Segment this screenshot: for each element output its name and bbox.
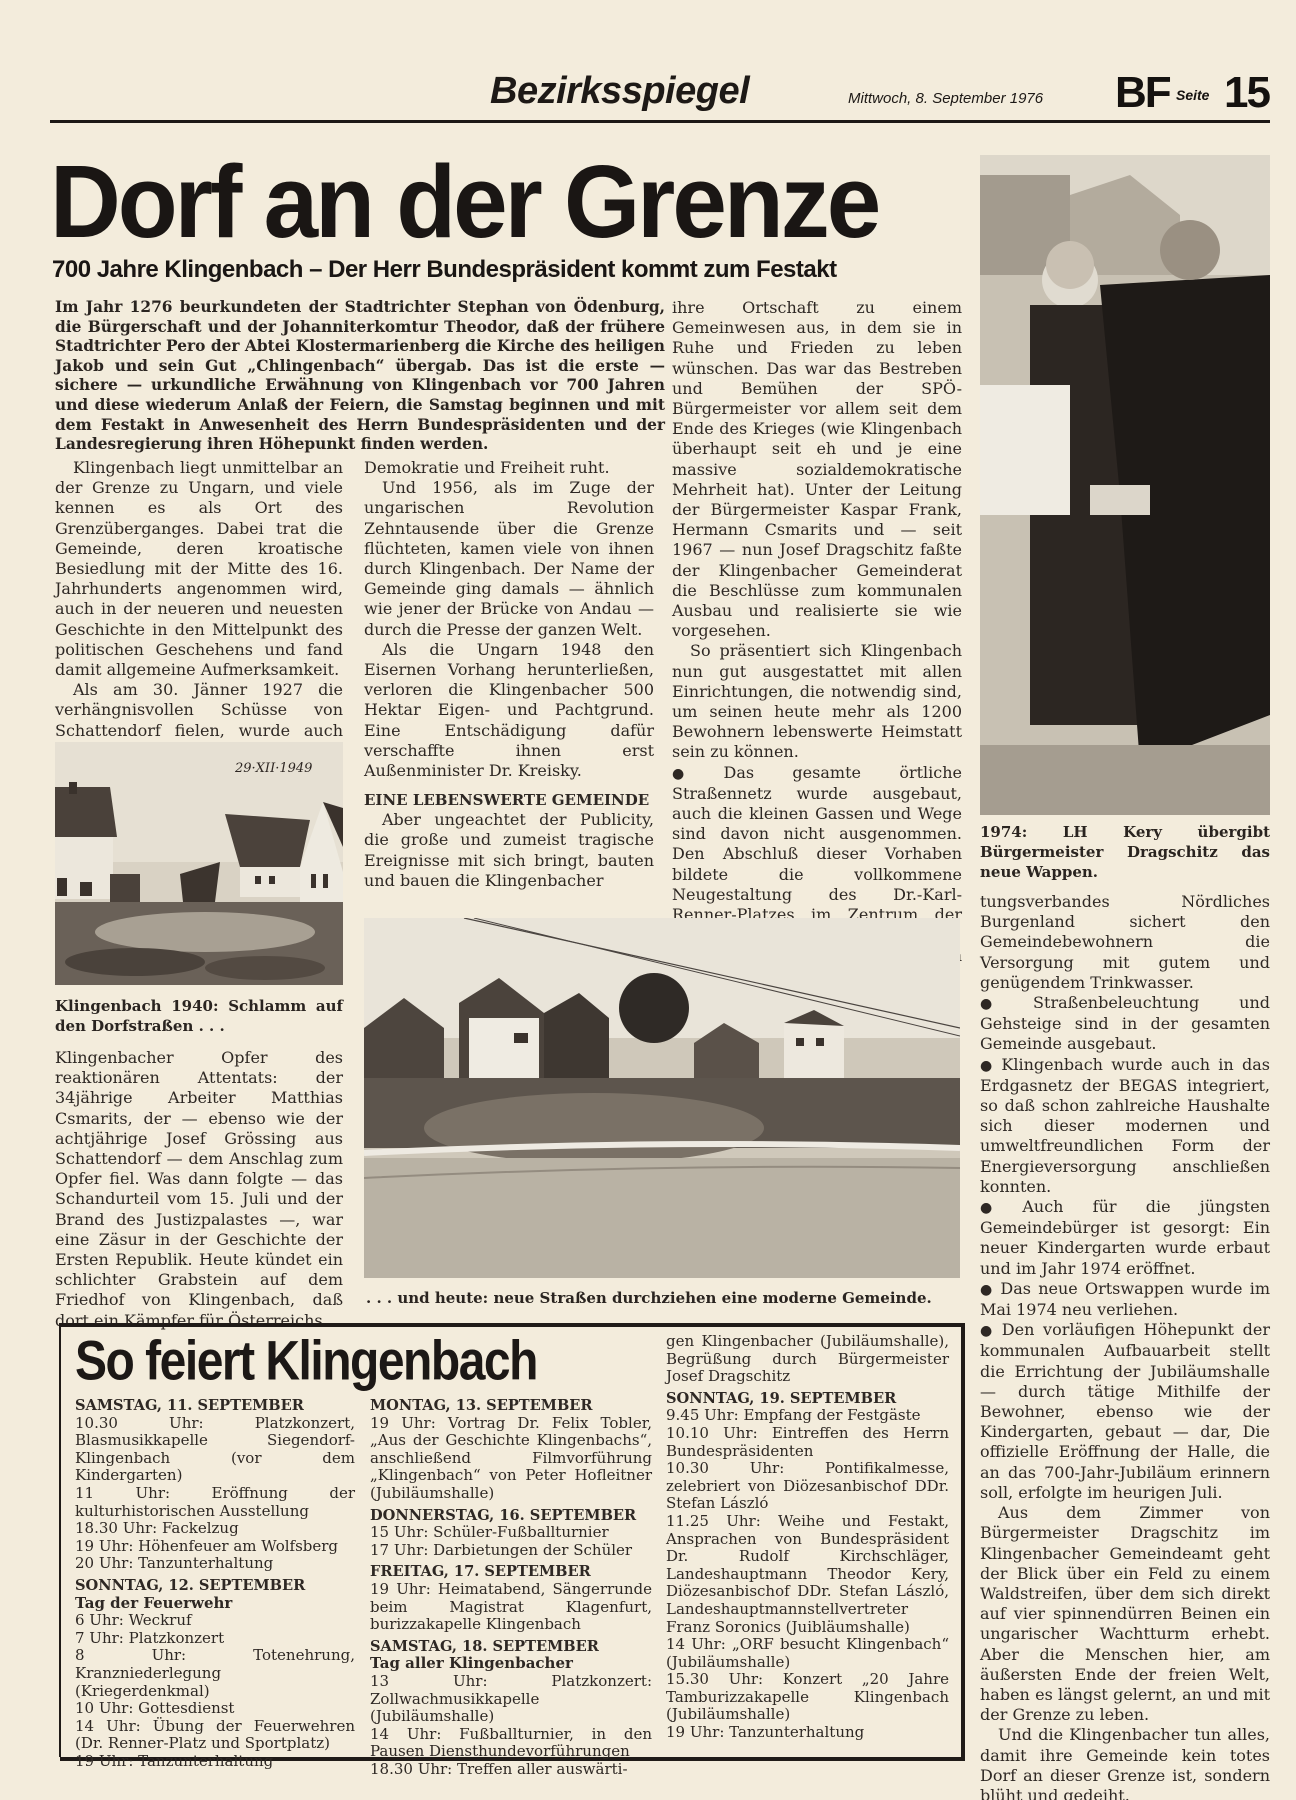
program-event: 10.30 Uhr: Platzkonzert, Blasmusikkapell… <box>75 1415 355 1485</box>
paragraph: tungsverbandes Nördliches Burgenland sic… <box>980 892 1270 993</box>
photo-caption-today: . . . und heute: neue Straßen durchziehe… <box>366 1288 966 1308</box>
program-event: 10.10 Uhr: Eintreffen des Herrn Bundespr… <box>666 1425 949 1460</box>
program-event: 19 Uhr: Tanzunterhaltung <box>75 1753 355 1771</box>
program-day-heading: DONNERSTAG, 16. SEPTEMBER <box>370 1507 652 1525</box>
paragraph: Aus dem Zimmer von Bürgermeister Dragsch… <box>980 1503 1270 1725</box>
photo-ceremony-1974 <box>980 155 1270 815</box>
program-day-heading: SONNTAG, 19. SEPTEMBER <box>666 1390 949 1408</box>
bullet-paragraph: Den vorläufigen Höhepunkt der kommunalen… <box>980 1320 1270 1503</box>
program-event: 17 Uhr: Darbietungen der Schüler <box>370 1542 652 1560</box>
old-village-image: 29·XII·1949 <box>55 742 343 985</box>
modern-village-image <box>364 918 960 1278</box>
paragraph: So präsentiert sich Klingenbach nun gut … <box>672 641 962 762</box>
article-column-4: tungsverbandes Nördliches Burgenland sic… <box>980 892 1270 1800</box>
bullet-paragraph: Straßenbeleuchtung und Gehsteige sind in… <box>980 993 1270 1055</box>
program-column-3: gen Klingenbacher (Jubiläumshalle), Begr… <box>666 1333 949 1742</box>
program-day-heading: FREITAG, 17. SEPTEMBER <box>370 1563 652 1581</box>
paragraph: Als die Ungarn 1948 den Eisernen Vorhang… <box>364 640 654 781</box>
program-event: 11.25 Uhr: Weihe und Festakt, Ansprachen… <box>666 1513 949 1636</box>
program-event: 18.30 Uhr: Fackelzug <box>75 1520 355 1538</box>
program-event: 18.30 Uhr: Treffen aller auswärti- <box>370 1761 652 1779</box>
program-event: 19 Uhr: Tanzunterhaltung <box>666 1724 949 1742</box>
program-day-heading: SAMSTAG, 11. SEPTEMBER <box>75 1397 355 1415</box>
svg-text:29·XII·1949: 29·XII·1949 <box>234 761 312 776</box>
article-column-1: Klingenbach liegt unmittelbar an der Gre… <box>55 458 343 761</box>
program-event: 19 Uhr: Höhenfeuer am Wolfsberg <box>75 1538 355 1556</box>
program-day-heading: SONNTAG, 12. SEPTEMBER <box>75 1577 355 1595</box>
program-event: 20 Uhr: Tanzunterhaltung <box>75 1555 355 1573</box>
program-day-heading: SAMSTAG, 18. SEPTEMBER <box>370 1638 652 1656</box>
page-number: 15 <box>1224 68 1269 118</box>
ceremony-image <box>980 155 1270 815</box>
paper-logo: BF <box>1115 68 1170 118</box>
photo-klingenbach-1940: 29·XII·1949 <box>55 742 343 985</box>
article-column-1-continued: Klingenbacher Opfer des reaktionären Att… <box>55 1048 343 1331</box>
program-event: 19 Uhr: Heimatabend, Sängerrunde beim Ma… <box>370 1581 652 1634</box>
page-label: Seite <box>1176 87 1209 103</box>
program-event: 11 Uhr: Eröffnung der kulturhistorischen… <box>75 1485 355 1520</box>
program-day-theme: Tag der Feuerwehr <box>75 1595 355 1613</box>
program-event: 10.30 Uhr: Pontifikalmesse, zelebriert v… <box>666 1460 949 1513</box>
program-box-left-border <box>59 1323 61 1757</box>
program-column-2: MONTAG, 13. SEPTEMBER19 Uhr: Vortrag Dr.… <box>370 1393 652 1778</box>
section-title: Bezirksspiegel <box>490 70 749 113</box>
article-subheadline: 700 Jahre Klingenbach – Der Herr Bundesp… <box>52 256 837 284</box>
article-lead: Im Jahr 1276 beurkundeten der Stadtricht… <box>55 298 665 455</box>
masthead-rule <box>50 120 1270 123</box>
program-event: 19 Uhr: Vortrag Dr. Felix Tobler, „Aus d… <box>370 1415 652 1503</box>
article-headline: Dorf an der Grenze <box>50 150 878 253</box>
program-event: 13 Uhr: Platzkonzert: Zollwachmusikkapel… <box>370 1673 652 1726</box>
program-day-heading: MONTAG, 13. SEPTEMBER <box>370 1397 652 1415</box>
paragraph: Und die Klingenbacher tun alles, damit i… <box>980 1725 1270 1800</box>
program-event: gen Klingenbacher (Jubiläumshalle), Begr… <box>666 1333 949 1386</box>
program-title: So feiert Klingenbach <box>75 1330 537 1393</box>
paragraph: ihre Ortschaft zu einem Gemeinwesen aus,… <box>672 298 962 641</box>
program-column-1: SAMSTAG, 11. SEPTEMBER10.30 Uhr: Platzko… <box>75 1393 355 1770</box>
paragraph: Klingenbacher Opfer des reaktionären Att… <box>55 1048 343 1331</box>
article-column-2: Demokratie und Freiheit ruht. Und 1956, … <box>364 458 654 891</box>
program-event: 15.30 Uhr: Konzert „20 Jahre Tamburizzak… <box>666 1671 949 1724</box>
section-subhead: EINE LEBENSWERTE GEMEINDE <box>364 791 654 810</box>
program-event: 7 Uhr: Platzkonzert <box>75 1630 355 1648</box>
paragraph: Aber ungeachtet der Publicity, die große… <box>364 810 654 891</box>
paragraph: Und 1956, als im Zuge der ungarischen Re… <box>364 478 654 640</box>
program-event: 14 Uhr: „ORF besucht Klingenbach“ (Jubil… <box>666 1636 949 1671</box>
paragraph: Demokratie und Freiheit ruht. <box>364 458 654 478</box>
program-event: 14 Uhr: Fußballturnier, in den Pausen Di… <box>370 1726 652 1761</box>
masthead: Bezirksspiegel Mittwoch, 8. September 19… <box>40 62 1270 124</box>
bullet-paragraph: Das neue Ortswappen wurde im Mai 1974 ne… <box>980 1279 1270 1320</box>
program-day-theme: Tag aller Klingenbacher <box>370 1655 652 1673</box>
program-event: 10 Uhr: Gottesdienst <box>75 1700 355 1718</box>
photo-caption-ceremony: 1974: LH Kery übergibt Bürgermeister Dra… <box>980 822 1270 882</box>
photo-klingenbach-today <box>364 918 960 1278</box>
bullet-paragraph: Klingenbach wurde auch in das Erdgasnetz… <box>980 1055 1270 1197</box>
program-event: 9.45 Uhr: Empfang der Festgäste <box>666 1407 949 1425</box>
program-box-right-border <box>961 1323 965 1757</box>
program-event: 6 Uhr: Weckruf <box>75 1612 355 1630</box>
article-column-3: ihre Ortschaft zu einem Gemeinwesen aus,… <box>672 298 962 987</box>
program-event: 15 Uhr: Schüler-Fußballturnier <box>370 1524 652 1542</box>
program-event: 14 Uhr: Übung der Feuerwehren (Dr. Renne… <box>75 1718 355 1753</box>
photo-caption-1940: Klingenbach 1940: Schlamm auf den Dorfst… <box>55 996 343 1036</box>
issue-date: Mittwoch, 8. September 1976 <box>848 90 1043 107</box>
program-event: 8 Uhr: Totenehrung, Kranzniederlegung (K… <box>75 1647 355 1700</box>
paragraph: Klingenbach liegt unmittelbar an der Gre… <box>55 458 343 680</box>
bullet-paragraph: Auch für die jüngsten Gemeindebürger ist… <box>980 1197 1270 1279</box>
